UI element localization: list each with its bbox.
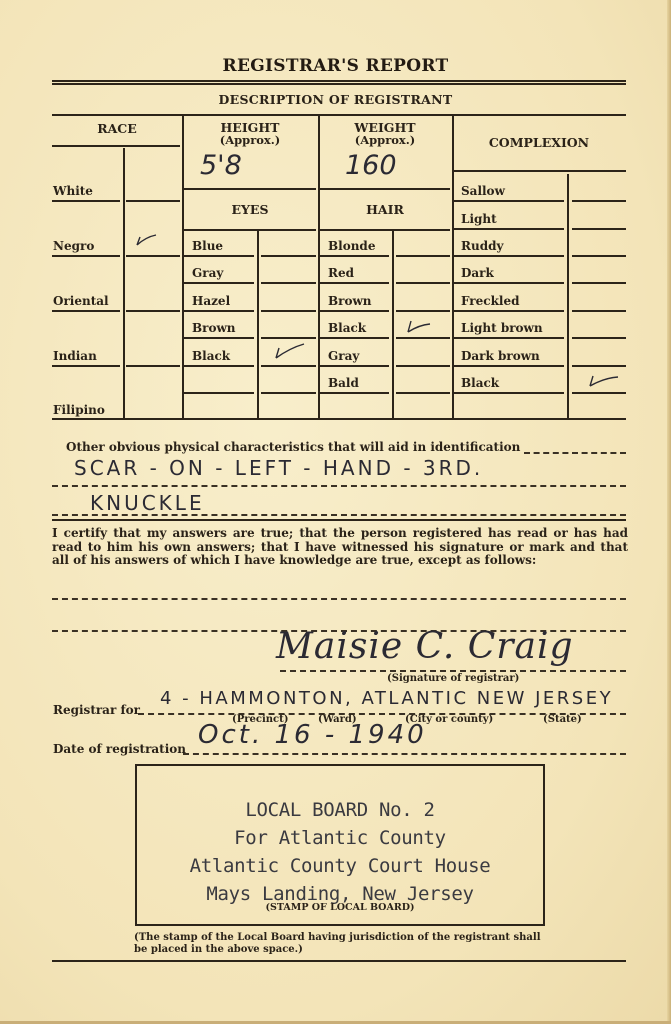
checkmark-icon[interactable] [404, 318, 432, 334]
title-double-rule [52, 80, 626, 85]
race-option-negro: Negro [53, 239, 94, 253]
hair-option-blonde: Blonde [328, 239, 375, 253]
dotted-line [52, 485, 626, 487]
checkmark-icon[interactable] [272, 342, 306, 360]
registrar-report-card: REGISTRAR'S REPORT DESCRIPTION OF REGIST… [0, 0, 671, 1024]
divider [454, 310, 564, 312]
complexion-option-light: Light [461, 212, 497, 226]
certification-text: I certify that my answers are true; that… [52, 527, 628, 568]
divider [396, 255, 450, 257]
registrar-for-value[interactable]: 4 - HAMMONTON, ATLANTIC NEW JERSEY [160, 688, 613, 709]
divider [572, 282, 626, 284]
eyes-header: EYES [182, 203, 318, 216]
weight-value[interactable]: 160 [345, 150, 397, 181]
race-option-white: White [53, 184, 93, 198]
complexion-header: COMPLEXION [452, 136, 626, 149]
height-header-sub: (Approx.) [182, 134, 318, 147]
divider [52, 200, 120, 202]
state-caption: (State) [543, 714, 582, 725]
divider [184, 310, 254, 312]
date-value[interactable]: Oct. 16 - 1940 [198, 720, 427, 750]
complexion-option-dark-brown: Dark brown [461, 349, 540, 363]
stamp-caption: (STAMP OF LOCAL BOARD) [137, 902, 543, 913]
stamp-line-2: For Atlantic County [137, 827, 543, 849]
eyes-option-blue: Blue [192, 239, 223, 253]
characteristics-line-2[interactable]: KNUCKLE [90, 491, 205, 515]
divider [454, 200, 564, 202]
eyes-option-gray: Gray [192, 266, 223, 280]
signature-caption: (Signature of registrar) [387, 673, 519, 684]
height-value[interactable]: 5'8 [200, 150, 242, 181]
divider [182, 116, 184, 418]
eyes-option-black: Black [192, 349, 230, 363]
table-bottom-rule [52, 418, 626, 420]
divider [261, 310, 316, 312]
race-option-indian: Indian [53, 349, 97, 363]
divider [261, 282, 316, 284]
divider [261, 365, 316, 367]
height-header: HEIGHT (Approx.) [182, 121, 318, 147]
divider [320, 282, 389, 284]
divider [257, 231, 259, 418]
eyes-option-brown: Brown [192, 321, 236, 335]
divider [184, 255, 254, 257]
divider [126, 365, 180, 367]
divider [454, 337, 564, 339]
divider [52, 145, 180, 147]
page-title: REGISTRAR'S REPORT [0, 56, 671, 76]
complexion-option-dark: Dark [461, 266, 494, 280]
divider [126, 255, 180, 257]
divider [184, 229, 316, 231]
divider [396, 365, 450, 367]
table-top-rule [52, 114, 626, 116]
divider [396, 282, 450, 284]
complexion-option-black: Black [461, 376, 499, 390]
characteristics-line-1[interactable]: SCAR - ON - LEFT - HAND - 3RD. [74, 456, 483, 480]
divider [454, 170, 626, 172]
complexion-option-ruddy: Ruddy [461, 239, 503, 253]
divider [184, 282, 254, 284]
divider [261, 337, 316, 339]
divider [52, 365, 120, 367]
hair-option-bald: Bald [328, 376, 359, 390]
divider [396, 310, 450, 312]
section-rule [52, 519, 626, 521]
divider [261, 255, 316, 257]
date-line [183, 753, 626, 755]
race-option-oriental: Oriental [53, 294, 109, 308]
complexion-option-freckled: Freckled [461, 294, 519, 308]
divider [320, 365, 389, 367]
date-label: Date of registration [53, 742, 186, 756]
divider [52, 310, 120, 312]
checkmark-icon[interactable] [134, 232, 158, 246]
divider [184, 365, 254, 367]
divider [454, 228, 564, 230]
divider [454, 392, 564, 394]
characteristics-label: Other obvious physical characteristics t… [66, 440, 520, 454]
hair-option-red: Red [328, 266, 354, 280]
signature-line [280, 670, 626, 672]
race-header: RACE [52, 122, 182, 135]
divider [320, 310, 389, 312]
stamp-footnote: (The stamp of the Local Board having jur… [134, 932, 554, 956]
divider [126, 200, 180, 202]
divider [454, 255, 564, 257]
divider [123, 148, 125, 418]
divider [320, 392, 389, 394]
divider [396, 337, 450, 339]
divider [184, 337, 254, 339]
divider [392, 231, 394, 418]
divider [572, 200, 626, 202]
race-option-filipino: Filipino [53, 403, 105, 417]
section-subtitle: DESCRIPTION OF REGISTRANT [0, 92, 671, 107]
dotted-line [52, 514, 626, 516]
eyes-option-hazel: Hazel [192, 294, 230, 308]
weight-header: WEIGHT (Approx.) [318, 121, 452, 147]
divider [396, 392, 450, 394]
divider [126, 310, 180, 312]
divider [572, 392, 626, 394]
divider [320, 188, 450, 190]
divider [320, 255, 389, 257]
divider [184, 188, 316, 190]
divider [320, 337, 389, 339]
local-board-stamp: LOCAL BOARD No. 2 For Atlantic County At… [135, 764, 545, 926]
paper-edge-right [667, 0, 671, 1024]
registrar-for-label: Registrar for [53, 703, 140, 717]
registrar-signature[interactable]: Maisie C. Craig [276, 626, 574, 667]
divider [572, 337, 626, 339]
divider [454, 282, 564, 284]
hair-option-black: Black [328, 321, 366, 335]
hair-header: HAIR [318, 203, 452, 216]
stamp-line-3: Atlantic County Court House [137, 855, 543, 877]
stamp-line-1: LOCAL BOARD No. 2 [137, 799, 543, 821]
divider [572, 228, 626, 230]
checkmark-icon[interactable] [586, 372, 620, 388]
divider [52, 255, 120, 257]
hair-option-brown: Brown [328, 294, 372, 308]
divider [572, 310, 626, 312]
exceptions-line-1[interactable] [52, 598, 626, 600]
divider [184, 392, 254, 394]
bottom-rule [52, 960, 626, 962]
complexion-option-sallow: Sallow [461, 184, 505, 198]
divider [318, 116, 320, 418]
hair-option-gray: Gray [328, 349, 359, 363]
complexion-option-light-brown: Light brown [461, 321, 543, 335]
weight-header-sub: (Approx.) [318, 134, 452, 147]
dotted-line [524, 452, 626, 454]
divider [320, 229, 450, 231]
divider [261, 392, 316, 394]
divider [572, 365, 626, 367]
divider [452, 116, 454, 418]
divider [567, 174, 569, 418]
divider [454, 365, 564, 367]
divider [572, 255, 626, 257]
